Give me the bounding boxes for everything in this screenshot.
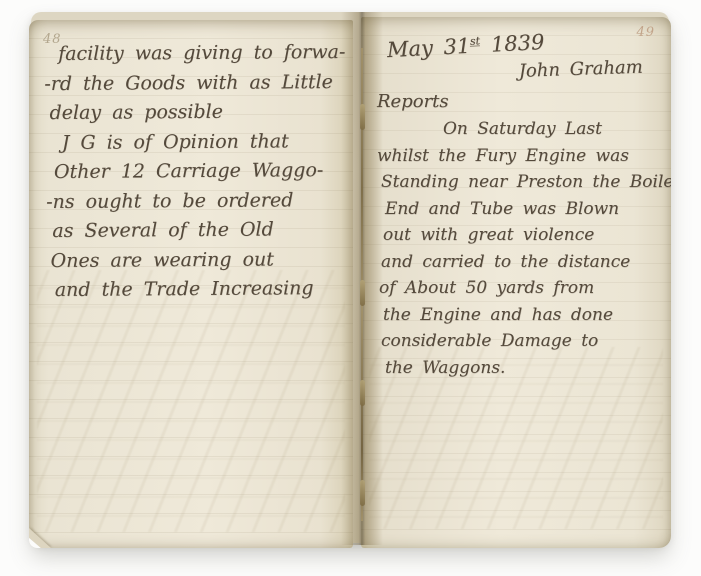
right-page-handwriting: May 31st 1839 John Graham Reports On Sat… [373, 31, 661, 384]
manuscript-line: of About 50 yards from [379, 278, 661, 305]
left-page: 48 facility was giving to forwa- -rd the… [29, 20, 353, 548]
reports-heading: Reports [377, 91, 661, 119]
manuscript-line: out with great violence [383, 225, 661, 252]
manuscript-line: Other 12 Carriage Waggo- [54, 159, 346, 191]
manuscript-line: the Waggons. [385, 358, 661, 385]
manuscript-line: -rd the Goods with as Little [44, 70, 345, 102]
manuscript-line: considerable Damage to [381, 331, 661, 358]
manuscript-line: and carried to the distance [381, 252, 661, 279]
date-year: 1839 [490, 30, 545, 57]
manuscript-line: delay as possible [49, 100, 345, 132]
manuscript-line: Ones are wearing out [51, 247, 347, 279]
date-ordinal: st [470, 37, 481, 47]
open-journal-book: 48 facility was giving to forwa- -rd the… [29, 12, 671, 545]
manuscript-line: facility was giving to forwa- [58, 41, 345, 73]
manuscript-line: and the Trade Increasing [55, 277, 347, 309]
manuscript-line: J G is of Opinion that [62, 129, 346, 160]
manuscript-line: On Saturday Last [443, 119, 661, 146]
date-day-month: May 31 [386, 34, 470, 62]
left-page-handwriting: facility was giving to forwa- -rd the Go… [44, 41, 347, 309]
right-page: 49 May 31st 1839 John Graham Reports On … [361, 17, 671, 548]
manuscript-line: End and Tube was Blown [385, 199, 661, 226]
manuscript-line: as Several of the Old [52, 218, 346, 250]
dog-ear-fold [29, 537, 42, 548]
show-through-ghost-writing [37, 270, 345, 532]
manuscript-line: -ns ought to be ordered [46, 188, 346, 220]
manuscript-line: Standing near Preston the Boiler [381, 172, 661, 199]
manuscript-line: the Engine and has done [383, 305, 661, 332]
manuscript-line: whilst the Fury Engine was [377, 146, 661, 173]
